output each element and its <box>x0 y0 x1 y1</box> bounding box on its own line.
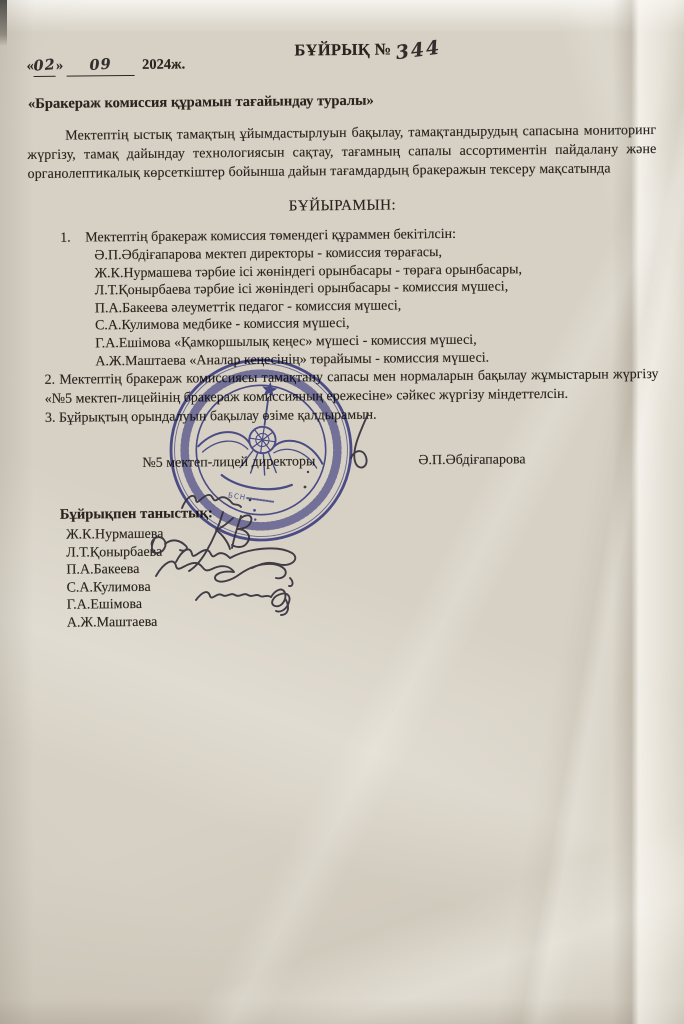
order-document: «02» 09 2024ж. БҰЙРЫҚ № 344 «Бракераж ко… <box>26 37 661 633</box>
acknowledgement-block: Бұйрықпен таныстық: Ж.К.Нурмашева Л.Т.Қо… <box>31 500 661 633</box>
handwritten-month: 09 <box>89 54 113 75</box>
handwritten-day: 02 <box>33 55 57 76</box>
order-heading: БҰЙРЫҚ № 344 <box>294 39 441 59</box>
preamble-paragraph: Мектептің ыстық тамақтың ұйымдастырлуын … <box>27 121 657 184</box>
resolution-heading: БҰЙЫРАМЫН: <box>28 193 657 218</box>
document-header: «02» 09 2024ж. БҰЙРЫҚ № 344 <box>26 37 655 95</box>
date-year: 2024ж. <box>142 57 185 73</box>
acknowledgement-names: Ж.К.Нурмашева Л.Т.Қонырбаева П.А.Бакеева… <box>66 521 661 632</box>
official-round-stamp-icon: БСН <box>156 345 366 555</box>
document-page: «02» 09 2024ж. БҰЙРЫҚ № 344 «Бракераж ко… <box>0 0 684 1024</box>
stamp-bsn-text: БСН <box>228 490 247 501</box>
order-heading-label: БҰЙРЫҚ № <box>294 40 391 60</box>
date-line: «02» 09 2024ж. <box>26 55 185 78</box>
commission-members-list: Ә.П.Әбдіғапарова мектеп директоры - коми… <box>94 242 658 371</box>
director-name: Ә.П.Әбдіғапарова <box>418 450 525 470</box>
item-1-number: 1. <box>60 228 85 247</box>
date-close-quote: » <box>56 58 63 74</box>
handwritten-order-number: 344 <box>395 38 443 63</box>
